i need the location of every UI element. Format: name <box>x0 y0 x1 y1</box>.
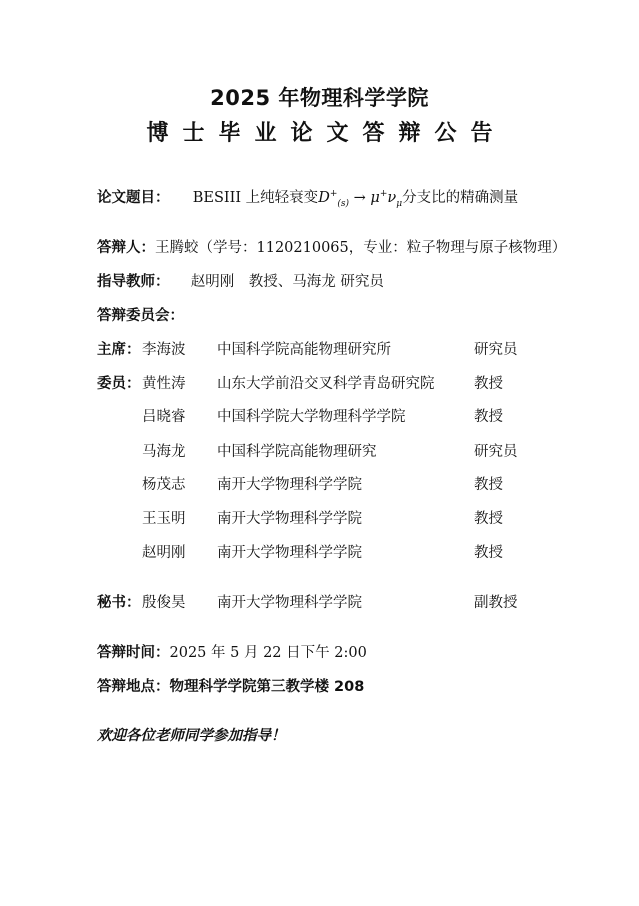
math-nu: νμ <box>387 190 402 206</box>
location-label: 答辩地点： <box>97 679 170 695</box>
page-subtitle: 博士毕业论文答辩公告 <box>0 116 639 147</box>
committee-member-row: 杨茂志 南开大学物理科学学院 教授 <box>97 473 557 493</box>
candidate-line: 答辩人：王腾蛟（学号：1120210065，专业：粒子物理与原子核物理） <box>97 236 566 257</box>
advisor-line: 指导教师： 赵明刚 教授、马海龙 研究员 <box>97 270 384 291</box>
committee-member-row: 马海龙 中国科学院高能物理研究 研究员 <box>97 440 557 460</box>
committee-member-row: 吕晓睿 中国科学院大学物理科学学院 教授 <box>97 405 557 425</box>
arrow-symbol: → <box>349 190 370 206</box>
committee-heading: 答辩委员会： <box>97 304 184 325</box>
member-institution: 南开大学物理科学学院 <box>217 473 362 494</box>
announcement-page: 2025 年物理科学学院 博士毕业论文答辩公告 论文题目： BESIII 上纯轻… <box>0 0 639 906</box>
member-rank: 教授 <box>474 405 503 426</box>
candidate-label: 答辩人： <box>97 240 155 256</box>
member-role: 主席： <box>97 338 141 359</box>
member-name: 王玉明 <box>142 507 186 528</box>
member-institution: 中国科学院高能物理研究所 <box>217 338 391 359</box>
defense-time-line: 答辩时间：2025 年 5 月 22 日下午 2:00 <box>97 641 367 662</box>
page-title: 2025 年物理科学学院 <box>0 82 639 112</box>
member-name: 马海龙 <box>142 440 186 461</box>
math-D: D+(s) <box>318 190 349 206</box>
location-value: 物理科学学院第三教学楼 208 <box>170 679 365 695</box>
advisor-value: 赵明刚 教授、马海龙 研究员 <box>191 274 384 290</box>
member-name: 黄性涛 <box>142 372 186 393</box>
candidate-value: 王腾蛟（学号：1120210065，专业：粒子物理与原子核物理） <box>155 240 566 256</box>
secretary-rank: 副教授 <box>474 591 518 612</box>
time-value: 2025 年 5 月 22 日下午 2:00 <box>170 645 367 661</box>
time-label: 答辩时间： <box>97 645 170 661</box>
thesis-label: 论文题目： <box>97 190 170 206</box>
secretary-role: 秘书： <box>97 591 141 612</box>
member-institution: 南开大学物理科学学院 <box>217 507 362 528</box>
member-name: 吕晓睿 <box>142 405 186 426</box>
member-rank: 教授 <box>474 507 503 528</box>
defense-location-line: 答辩地点：物理科学学院第三教学楼 208 <box>97 675 364 696</box>
member-name: 杨茂志 <box>142 473 186 494</box>
member-rank: 研究员 <box>474 338 518 359</box>
secretary-row: 秘书： 殷俊昊 南开大学物理科学学院 副教授 <box>97 591 557 611</box>
member-rank: 教授 <box>474 473 503 494</box>
secretary-institution: 南开大学物理科学学院 <box>217 591 362 612</box>
member-institution: 中国科学院大学物理科学学院 <box>217 405 406 426</box>
member-institution: 南开大学物理科学学院 <box>217 541 362 562</box>
member-rank: 教授 <box>474 372 503 393</box>
member-rank: 研究员 <box>474 440 518 461</box>
member-role: 委员： <box>97 372 141 393</box>
math-mu: μ+ <box>370 190 387 206</box>
member-institution: 山东大学前沿交叉科学青岛研究院 <box>217 372 435 393</box>
welcome-note: 欢迎各位老师同学参加指导！ <box>97 724 286 745</box>
thesis-title-line: 论文题目： BESIII 上纯轻衰变D+(s) → μ+νμ分支比的精确测量 <box>97 186 518 209</box>
committee-member-row: 赵明刚 南开大学物理科学学院 教授 <box>97 541 557 561</box>
secretary-name: 殷俊昊 <box>142 591 186 612</box>
thesis-prefix: BESIII 上纯轻衰变 <box>193 190 318 206</box>
member-institution: 中国科学院高能物理研究 <box>217 440 377 461</box>
advisor-label: 指导教师： <box>97 274 170 290</box>
member-name: 李海波 <box>142 338 186 359</box>
member-name: 赵明刚 <box>142 541 186 562</box>
committee-member-row: 委员： 黄性涛 山东大学前沿交叉科学青岛研究院 教授 <box>97 372 557 392</box>
committee-member-row: 主席： 李海波 中国科学院高能物理研究所 研究员 <box>97 338 557 358</box>
member-rank: 教授 <box>474 541 503 562</box>
thesis-suffix: 分支比的精确测量 <box>402 190 518 206</box>
committee-member-row: 王玉明 南开大学物理科学学院 教授 <box>97 507 557 527</box>
